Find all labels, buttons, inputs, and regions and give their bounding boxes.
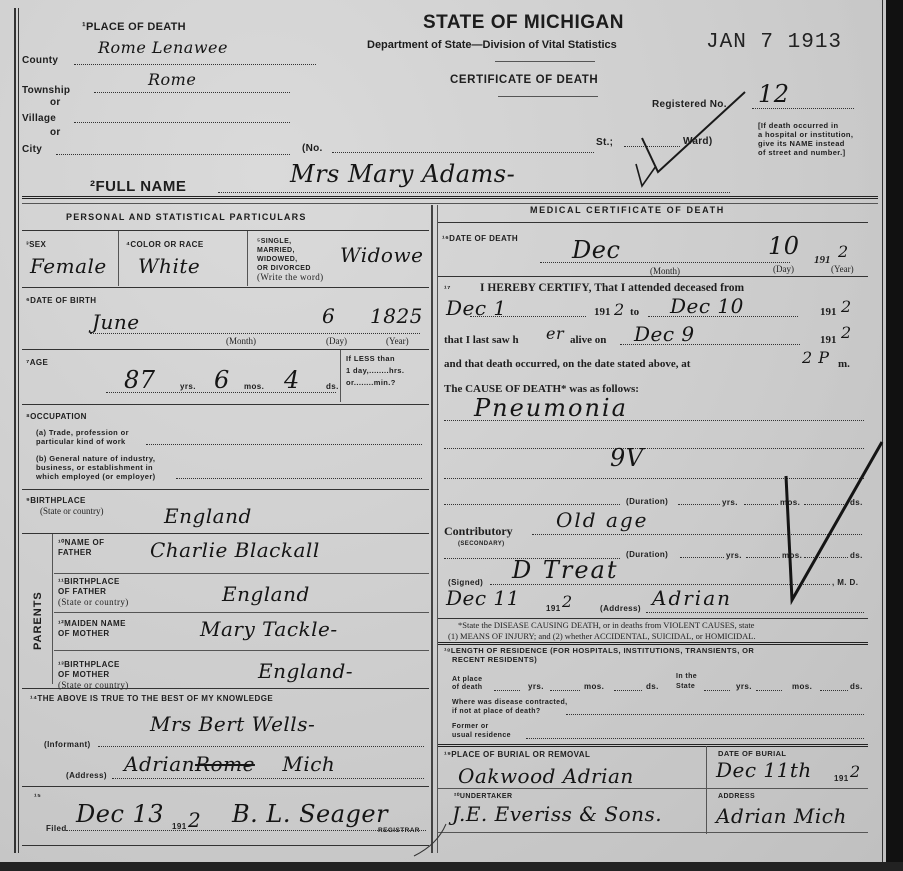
undertaker-address-label: ADDRESS (718, 792, 755, 802)
occupation-a-line-2: particular kind of work (36, 437, 129, 446)
at-place-mos-line (550, 690, 580, 691)
marital-value: Widowe (340, 243, 423, 267)
certificate-title: CERTIFICATE OF DEATH (450, 74, 598, 86)
death-year-suffix: 2 (838, 242, 849, 261)
hospital-note: [If death occurred in a hospital or inst… (758, 121, 853, 157)
at-place-1: At place (452, 676, 482, 684)
personal-section-title: PERSONAL AND STATISTICAL PARTICULARS (66, 212, 307, 222)
occupation-a-label: (a) Trade, profession or particular kind… (36, 428, 129, 446)
signed-year-prefix: 191 (546, 604, 561, 614)
duration-yrs-2: yrs. (726, 551, 742, 561)
occupation-b-line-2: business, or establishment in (36, 463, 156, 472)
department-label: Department of State—Division of Vital St… (367, 39, 617, 51)
row-rule-7 (22, 786, 429, 787)
personal-title-rule (22, 230, 429, 231)
informant-label: (Informant) (44, 740, 91, 750)
less-than-line-1: If LESS than (346, 353, 404, 365)
informant-address-line (112, 778, 424, 779)
hospital-note-line-1: [If death occurred in (758, 121, 853, 130)
in-state-mos: mos. (792, 682, 812, 692)
father-name-label-1: ¹⁰NAME OF (58, 538, 104, 548)
former-1: Former or (452, 722, 511, 731)
dob-month: June (92, 310, 140, 334)
contracted-label: Where was disease contracted, if not at … (452, 698, 567, 716)
death-year-caption: (Year) (831, 264, 854, 274)
medical-rule-4 (438, 744, 868, 747)
full-name-label: ²FULL NAME (90, 178, 186, 195)
informant-address-label: (Address) (66, 771, 107, 781)
burial-rule (438, 788, 868, 789)
certify-number: ¹⁷ (444, 284, 451, 294)
outer-border-left (14, 8, 16, 853)
death-time: 2 P (802, 348, 830, 367)
street-number-label: (No. (302, 143, 323, 154)
death-year-prefix: 191 (814, 254, 831, 266)
father-bp-label-3: (State or country) (58, 597, 129, 607)
former-residence-label: Former or usual residence (452, 722, 511, 740)
undertaker-label: ²⁰UNDERTAKER (454, 792, 512, 802)
large-check-mark-icon (778, 440, 888, 610)
attended-to-line (648, 316, 798, 317)
residence-label: ¹⁸LENGTH OF RESIDENCE (FOR HOSPITALS, IN… (444, 646, 754, 664)
death-certificate-page (0, 0, 886, 862)
row-rule-4 (22, 489, 429, 490)
received-date-stamp: JAN 7 1913 (706, 31, 842, 54)
attended-from-year: 191 (594, 306, 611, 318)
cause-line-1 (444, 420, 864, 421)
cause-initials: 9V (610, 444, 644, 472)
sex-label: ³SEX (26, 240, 46, 250)
parents-side-label: PARENTS (32, 591, 44, 650)
contracted-1: Where was disease contracted, (452, 698, 567, 707)
death-day: 10 (768, 232, 800, 260)
burial-place-value: Oakwood Adrian (458, 764, 634, 788)
birthplace-label: ⁹BIRTHPLACE (26, 496, 86, 506)
marital-label: ⁵SINGLE, MARRIED, WIDOWED, OR DIVORCED (… (257, 237, 324, 282)
parents-rule-3 (54, 650, 429, 651)
burial-place-label: ¹⁹PLACE OF BURIAL OR REMOVAL (444, 750, 590, 760)
last-saw-pronoun: er (546, 324, 564, 343)
father-name-value: Charlie Blackall (150, 538, 320, 562)
contributory-value: Old age (556, 508, 649, 532)
filing-number: ¹⁵ (34, 792, 41, 802)
township-label: Township (22, 85, 70, 96)
age-mos-label: mos. (244, 382, 264, 392)
in-state-ds: ds. (850, 682, 863, 692)
pen-stroke-icon (410, 820, 450, 860)
burial-divider (706, 746, 707, 834)
dob-label: ⁶DATE OF BIRTH (26, 296, 96, 306)
in-state-1: In the (676, 672, 697, 682)
row-rule-6 (22, 688, 429, 689)
father-bp-label-2: OF FATHER (58, 587, 129, 597)
title-rule (495, 61, 595, 62)
street-number-line (332, 152, 594, 153)
last-saw-year: 191 (820, 334, 837, 346)
mother-name-label: ¹²MAIDEN NAME OF MOTHER (58, 619, 126, 639)
registered-number-value: 12 (758, 80, 790, 108)
mother-bp-label-2: OF MOTHER (58, 670, 129, 680)
mother-birthplace-label: ¹³BIRTHPLACE OF MOTHER (State or country… (58, 660, 129, 690)
physician-address-value: Adrian (652, 586, 732, 610)
occupation-b-line-1: (b) General nature of industry, (36, 454, 156, 463)
occupation-b-label: (b) General nature of industry, business… (36, 454, 156, 481)
center-divider (431, 205, 433, 853)
at-place-yrs: yrs. (528, 682, 544, 692)
informant-address-value: AdrianRome Mich (124, 752, 335, 776)
physician-address-line (646, 612, 864, 613)
certify-text: I HEREBY CERTIFY, That I attended deceas… (480, 282, 744, 294)
parents-rule-2 (54, 612, 429, 613)
former-residence-line (526, 738, 864, 739)
occupation-a-line (146, 444, 422, 445)
village-label: Village (22, 113, 56, 124)
at-place-label: At place of death (452, 676, 482, 692)
in-state-ds-line (820, 690, 848, 691)
medical-rule-3 (438, 642, 868, 645)
sex-value: Female (30, 254, 107, 278)
in-state-yrs-line (704, 690, 730, 691)
physician-address-label: (Address) (600, 604, 641, 614)
last-saw-date: Dec 9 (634, 322, 695, 346)
medical-rule-2 (438, 618, 868, 619)
race-label: ⁴COLOR OR RACE (126, 240, 204, 250)
informant-address-struck: Rome (195, 752, 255, 776)
marital-label-1: ⁵SINGLE, (257, 237, 324, 246)
county-label: County (22, 55, 58, 66)
in-state-label: In the State (676, 672, 697, 692)
duration-yrs-line-1 (678, 504, 720, 505)
row-rule-5 (22, 533, 429, 534)
age-months: 6 (214, 366, 230, 394)
name-check-icon (634, 162, 658, 190)
age-ds-label: ds. (326, 382, 339, 392)
death-month: Dec (572, 236, 620, 264)
in-state-2: State (676, 682, 697, 692)
mother-bp-label-1: ¹³BIRTHPLACE (58, 660, 129, 670)
occupation-b-line (176, 478, 422, 479)
registrar-signature: B. L. Seager (232, 800, 388, 828)
dob-month-caption: (Month) (226, 336, 256, 346)
at-place-yrs-line (494, 690, 520, 691)
age-label: ⁷AGE (26, 358, 48, 368)
village-line (74, 122, 290, 123)
row-rule-3 (22, 404, 429, 405)
birthplace-value: England (164, 504, 252, 528)
dob-day-caption: (Day) (326, 336, 347, 346)
mother-name-label-1: ¹²MAIDEN NAME (58, 619, 126, 629)
father-bp-label-1: ¹¹BIRTHPLACE (58, 577, 129, 587)
medical-section-title: MEDICAL CERTIFICATE OF DEATH (530, 205, 725, 215)
county-value: Rome Lenawee (98, 38, 228, 57)
death-time-meridian: m. (838, 358, 850, 370)
attended-from-line (470, 316, 586, 317)
duration-label-1: (Duration) (626, 497, 668, 507)
in-state-yrs: yrs. (736, 682, 752, 692)
full-name-line (218, 192, 730, 193)
filed-line (66, 830, 426, 831)
outer-border-right (882, 0, 883, 862)
informant-value: Mrs Bert Wells- (150, 712, 315, 736)
occupation-label: ⁸OCCUPATION (26, 412, 87, 422)
place-of-death-label: ¹PLACE OF DEATH (82, 21, 186, 33)
former-2: usual residence (452, 731, 511, 740)
informant-true-label: ¹⁴THE ABOVE IS TRUE TO THE BEST OF MY KN… (30, 694, 273, 704)
father-birthplace-label: ¹¹BIRTHPLACE OF FATHER (State or country… (58, 577, 129, 607)
parents-divider (52, 534, 53, 684)
dob-year-caption: (Year) (386, 336, 409, 346)
marital-label-5: (Write the word) (257, 273, 324, 282)
in-state-mos-line (756, 690, 782, 691)
center-divider-inner (437, 205, 438, 853)
or-label-1: or (50, 97, 61, 108)
attended-from-year-suffix: 2 (614, 300, 625, 319)
age-years: 87 (124, 366, 156, 394)
row-rule-8 (22, 845, 429, 846)
informant-address-city: Adrian (124, 752, 195, 776)
scan-edge-right (886, 0, 903, 871)
occupation-b-line-3: which employed (or employer) (36, 472, 156, 481)
row-rule-2 (22, 349, 429, 350)
hospital-note-line-4: of street and number.] (758, 148, 853, 157)
father-name-label: ¹⁰NAME OF FATHER (58, 538, 104, 558)
secondary-label: (SECONDARY) (458, 539, 505, 549)
age-days: 4 (284, 366, 300, 394)
hospital-note-line-3: give its NAME instead (758, 139, 853, 148)
filed-date: Dec 13 (76, 800, 164, 828)
undertaker-value: J.E. Everiss & Sons. (452, 802, 662, 826)
registered-number-line (752, 108, 854, 109)
physician-signature: D Treat (512, 556, 619, 584)
attended-to-date: Dec 10 (670, 294, 744, 318)
date-of-death-label: ¹⁶DATE OF DEATH (442, 234, 518, 244)
residence-label-1: ¹⁸LENGTH OF RESIDENCE (FOR HOSPITALS, IN… (444, 646, 754, 655)
hospital-note-line-2: a hospital or institution, (758, 130, 853, 139)
medical-title-rule (438, 222, 868, 223)
at-place-mos: mos. (584, 682, 604, 692)
filed-year-prefix: 191 (172, 822, 187, 832)
state-title: STATE OF MICHIGAN (423, 12, 624, 34)
at-place-ds: ds. (646, 682, 659, 692)
last-saw-year-suffix: 2 (841, 323, 852, 342)
burial-date-value: Dec 11th (716, 758, 812, 782)
township-value: Rome (148, 70, 196, 89)
informant-line (98, 746, 424, 747)
birthplace-sub-label: (State or country) (40, 506, 103, 516)
burial-bottom-rule (438, 832, 868, 833)
marital-label-2: MARRIED, (257, 246, 324, 255)
full-name-value: Mrs Mary Adams- (290, 160, 515, 188)
contributory-label: Contributory (444, 524, 513, 539)
parents-rule-1 (54, 573, 429, 574)
mother-name-label-2: OF MOTHER (58, 629, 126, 639)
filed-label: Filed (46, 824, 67, 834)
attended-to-year-suffix: 2 (841, 297, 852, 316)
outer-border-left-inner (18, 8, 19, 853)
burial-year-suffix: 2 (850, 762, 861, 781)
signed-date: Dec 11 (446, 586, 520, 610)
header-divider-2 (22, 203, 878, 204)
city-label: City (22, 144, 42, 155)
undertaker-address-value: Adrian Mich (716, 804, 847, 828)
to-label: to (630, 306, 639, 318)
race-marital-divider (247, 231, 248, 286)
signed-year-suffix: 2 (562, 592, 573, 611)
header-divider (22, 196, 878, 199)
at-place-ds-line (614, 690, 642, 691)
filed-year-suffix: 2 (188, 808, 201, 832)
father-birthplace-value: England (222, 582, 310, 606)
row-rule-1 (22, 287, 429, 288)
scan-edge-bottom (0, 862, 903, 871)
dob-day: 6 (322, 304, 335, 328)
last-saw-alive-on: alive on (570, 334, 606, 346)
city-line (56, 154, 290, 155)
township-line (94, 92, 290, 93)
mother-name-value: Mary Tackle- (200, 617, 338, 641)
or-label-2: or (50, 127, 61, 138)
county-line (74, 64, 316, 65)
street-label: St.; (596, 137, 613, 148)
less-than-line-3: or........min.? (346, 377, 404, 389)
contracted-line (566, 714, 864, 715)
duration-yrs-line-2 (680, 557, 724, 558)
death-month-caption: (Month) (650, 266, 680, 276)
subtitle-rule (498, 96, 598, 97)
marital-label-3: WIDOWED, (257, 255, 324, 264)
informant-address-state: Mich (282, 752, 335, 776)
footnote-line-1: *State the DISEASE CAUSING DEATH, or in … (458, 620, 754, 630)
footnote-line-2: (1) MEANS OF INJURY; and (2) whether ACC… (448, 631, 756, 641)
occupation-a-line-1: (a) Trade, profession or (36, 428, 129, 437)
dob-year: 1825 (370, 304, 423, 328)
less-than-line-2: 1 day,........hrs. (346, 365, 404, 377)
age-yrs-label: yrs. (180, 382, 196, 392)
at-place-2: of death (452, 684, 482, 692)
age-less-divider (340, 350, 341, 402)
contracted-2: if not at place of death? (452, 707, 567, 716)
duration-mos-line-2 (746, 557, 780, 558)
medical-rule-1 (438, 276, 868, 277)
mother-birthplace-value: England- (258, 659, 353, 683)
residence-label-2: RECENT RESIDENTS) (444, 655, 754, 664)
duration-label-2: (Duration) (626, 550, 668, 560)
less-than-day-note: If LESS than 1 day,........hrs. or......… (346, 353, 404, 389)
attended-to-year: 191 (820, 306, 837, 318)
burial-year-prefix: 191 (834, 774, 849, 784)
race-value: White (138, 254, 200, 278)
last-saw-prefix: that I last saw h (444, 334, 519, 346)
sex-race-divider (118, 231, 119, 286)
cause-of-death-value: Pneumonia (474, 394, 628, 422)
duration-line-1a (444, 504, 620, 505)
death-occurred-text: and that death occurred, on the date sta… (444, 358, 690, 370)
father-name-label-2: FATHER (58, 548, 104, 558)
duration-yrs-1: yrs. (722, 498, 738, 508)
duration-mos-line-1 (744, 504, 778, 505)
death-day-caption: (Day) (773, 264, 794, 274)
